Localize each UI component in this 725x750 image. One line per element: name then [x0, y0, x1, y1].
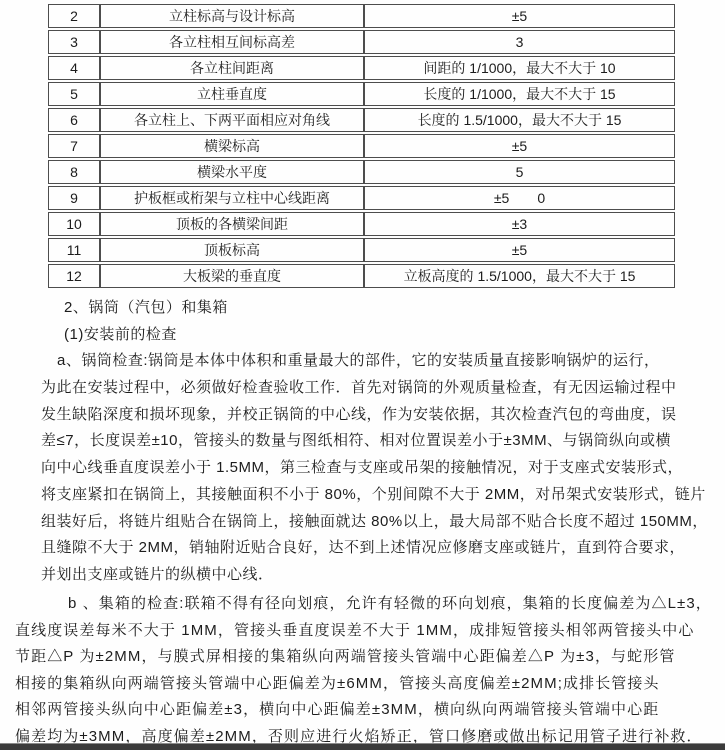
row-number-cell: 12 [48, 264, 100, 288]
text-line: a、锅筒检查:锅筒是本体中体积和重量最大的部件，它的安装质量直接影响锅炉的运行， [41, 348, 701, 375]
item-cell: 顶板的各横梁间距 [100, 212, 364, 236]
text-line: 直线度误差每米不大于 1MM，管接头垂直度误差不大于 1MM，成排短管接头相邻两… [15, 618, 721, 645]
table-row: 3各立柱相互间标高差3 [48, 30, 675, 54]
item-cell: 立柱标高与设计标高 [100, 4, 364, 28]
item-cell: 护板框或桁架与立柱中心线距离 [100, 186, 364, 210]
row-number-cell: 3 [48, 30, 100, 54]
table-row: 6各立柱上、下两平面相应对角线长度的 1.5/1000，最大不大于 15 [48, 108, 675, 132]
tolerance-cell: 3 [364, 30, 675, 54]
table-row: 8横梁水平度5 [48, 160, 675, 184]
tolerance-table: 2立柱标高与设计标高±53各立柱相互间标高差34各立柱间距离间距的 1/1000… [48, 2, 675, 290]
row-number-cell: 2 [48, 4, 100, 28]
item-cell: 横梁标高 [100, 134, 364, 158]
text-line: 发生缺陷深度和损坏现象，并校正锅筒的中心线，作为安装依据，其次检查汽包的弯曲度，… [41, 402, 701, 429]
text-line: 差≤7，长度误差±10，管接头的数量与图纸相符、相对位置误差小于±3MM、与锅筒… [41, 428, 701, 455]
text-line: b 、集箱的检查:联箱不得有径向划痕，允许有轻微的环向划痕，集箱的长度偏差为△L… [15, 591, 721, 618]
row-number-cell: 8 [48, 160, 100, 184]
tolerance-cell: 立板高度的 1.5/1000，最大不大于 15 [364, 264, 675, 288]
tolerance-cell: 长度的 1.5/1000，最大不大于 15 [364, 108, 675, 132]
row-number-cell: 6 [48, 108, 100, 132]
item-cell: 各立柱间距离 [100, 56, 364, 80]
item-cell: 各立柱上、下两平面相应对角线 [100, 108, 364, 132]
item-cell: 各立柱相互间标高差 [100, 30, 364, 54]
tolerance-cell: 间距的 1/1000，最大不大于 10 [364, 56, 675, 80]
row-number-cell: 9 [48, 186, 100, 210]
table-row: 11顶板标高±5 [48, 238, 675, 262]
item-cell: 立柱垂直度 [100, 82, 364, 106]
tolerance-cell: ±5 0 [364, 186, 675, 210]
paragraph-a: a、锅筒检查:锅筒是本体中体积和重量最大的部件，它的安装质量直接影响锅炉的运行，… [41, 348, 701, 588]
text-line: 相接的集箱纵向两端管接头管端中心距偏差为±6MM，管接头高度偏差±2MM;成排长… [15, 671, 721, 698]
section-heading: 2、锅筒（汽包）和集箱 [41, 295, 701, 322]
row-number-cell: 11 [48, 238, 100, 262]
window-bottom-edge [0, 743, 725, 750]
tolerance-cell: 长度的 1/1000，最大不大于 15 [364, 82, 675, 106]
row-number-cell: 5 [48, 82, 100, 106]
table-row: 5立柱垂直度长度的 1/1000，最大不大于 15 [48, 82, 675, 106]
text-line: 向中心线垂直度误差小于 1.5MM，第三检查与支座或吊架的接触情况，对于支座式安… [41, 455, 701, 482]
tolerance-cell: ±5 [364, 134, 675, 158]
document-page: 2立柱标高与设计标高±53各立柱相互间标高差34各立柱间距离间距的 1/1000… [0, 0, 725, 750]
tolerance-cell: ±5 [364, 238, 675, 262]
item-cell: 大板梁的垂直度 [100, 264, 364, 288]
text-line: 为此在安装过程中，必须做好检查验收工作．首先对锅筒的外观质量检查，有无因运输过程… [41, 375, 701, 402]
text-line: 并划出支座或链片的纵横中心线． [41, 562, 701, 589]
table-row: 7横梁标高±5 [48, 134, 675, 158]
table-row: 12大板梁的垂直度立板高度的 1.5/1000，最大不大于 15 [48, 264, 675, 288]
section-boiler-drum: 2、锅筒（汽包）和集箱 (1)安装前的检查 a、锅筒检查:锅筒是本体中体积和重量… [41, 295, 701, 589]
row-number-cell: 10 [48, 212, 100, 236]
paragraph-b: b 、集箱的检查:联箱不得有径向划痕，允许有轻微的环向划痕，集箱的长度偏差为△L… [15, 591, 721, 750]
tolerance-table-body: 2立柱标高与设计标高±53各立柱相互间标高差34各立柱间距离间距的 1/1000… [48, 4, 675, 288]
tolerance-cell: 5 [364, 160, 675, 184]
table-row: 10顶板的各横梁间距±3 [48, 212, 675, 236]
subsection-heading: (1)安装前的检查 [41, 322, 701, 349]
text-line: 且缝隙不大于 2MM，销轴附近贴合良好，达不到上述情况应修磨支座或链片，直到符合… [41, 535, 701, 562]
text-line: 节距△P 为±2MM，与膜式屏相接的集箱纵向两端管接头管端中心距偏差△P 为±3… [15, 644, 721, 671]
text-line: 组装好后，将链片组贴合在锅筒上，接触面就达 80%以上，最大局部不贴合长度不超过… [41, 509, 701, 536]
item-cell: 顶板标高 [100, 238, 364, 262]
text-line: 将支座紧扣在锅筒上，其接触面积不小于 80%，个别间隙不大于 2MM，对吊架式安… [41, 482, 701, 509]
table-row: 9护板框或桁架与立柱中心线距离±5 0 [48, 186, 675, 210]
text-line: 相邻两管接头纵向中心距偏差±3，横向中心距偏差±3MM，横向纵向两端管接头管端中… [15, 697, 721, 724]
tolerance-cell: ±3 [364, 212, 675, 236]
table-row: 4各立柱间距离间距的 1/1000，最大不大于 10 [48, 56, 675, 80]
row-number-cell: 4 [48, 56, 100, 80]
item-cell: 横梁水平度 [100, 160, 364, 184]
row-number-cell: 7 [48, 134, 100, 158]
paragraph-b-block: b 、集箱的检查:联箱不得有径向划痕，允许有轻微的环向划痕，集箱的长度偏差为△L… [15, 591, 721, 750]
table-row: 2立柱标高与设计标高±5 [48, 4, 675, 28]
tolerance-cell: ±5 [364, 4, 675, 28]
